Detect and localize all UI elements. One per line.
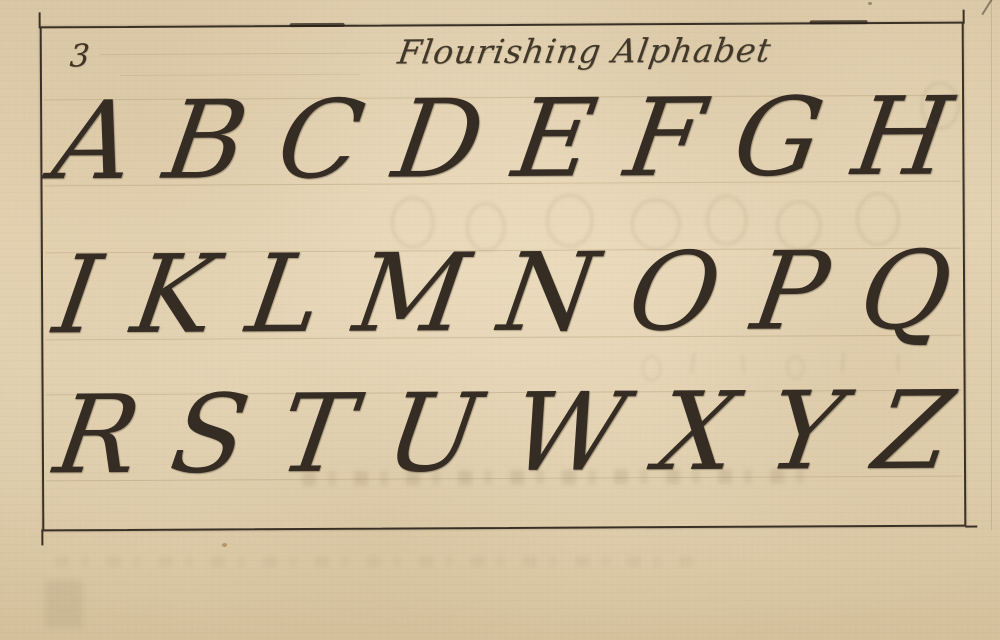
letter-l: L [241, 241, 329, 349]
alphabet-row-3: R S T U W X Y Z [57, 374, 952, 491]
ink-blotch [810, 20, 868, 24]
paper-speck [222, 543, 227, 547]
letter-n: N [493, 239, 604, 348]
letter-u: U [379, 380, 487, 489]
letter-c: C [271, 87, 370, 196]
paper-speck [868, 2, 872, 5]
frame-corner-tick [39, 12, 41, 28]
letter-z: Z [867, 378, 959, 486]
letter-t: T [273, 381, 362, 489]
frame-corner-tick [965, 526, 977, 528]
letter-s: S [164, 381, 255, 489]
alphabet-row-2: I K L M N O P Q [56, 234, 951, 351]
letter-h: H [847, 84, 958, 193]
letter-i: I [48, 242, 107, 350]
frame-corner-tick [963, 10, 965, 24]
ink-blotch [290, 23, 345, 27]
letter-o: O [622, 239, 727, 348]
letter-r: R [49, 382, 147, 491]
letter-e: E [507, 85, 602, 194]
page-title: Flourishing Alphabet [203, 30, 967, 73]
paper-smudge [45, 580, 83, 628]
letter-m: M [347, 240, 474, 349]
letter-f: F [619, 85, 710, 193]
alphabet-row-1: A B C D E F G H [55, 80, 950, 197]
letter-x: X [650, 379, 743, 487]
frame-corner-tick [41, 529, 43, 545]
engraved-plate: 3 Flourishing Alphabet A B C D E F G H I… [40, 22, 967, 532]
bleedthrough-text [55, 556, 695, 567]
letter-w: W [505, 379, 633, 488]
page-edge-mark [981, 0, 992, 15]
letter-q: Q [853, 238, 958, 347]
scanned-copybook-page: 3 Flourishing Alphabet A B C D E F G H I… [0, 0, 1000, 640]
letter-a: A [47, 88, 142, 196]
letter-p: P [746, 238, 835, 346]
page-edge-crease [991, 0, 992, 530]
letter-b: B [158, 87, 254, 196]
letter-y: Y [762, 378, 850, 486]
letter-g: G [727, 84, 830, 193]
letter-k: K [125, 241, 222, 350]
letter-d: D [387, 86, 490, 195]
page-number: 3 [69, 38, 91, 75]
